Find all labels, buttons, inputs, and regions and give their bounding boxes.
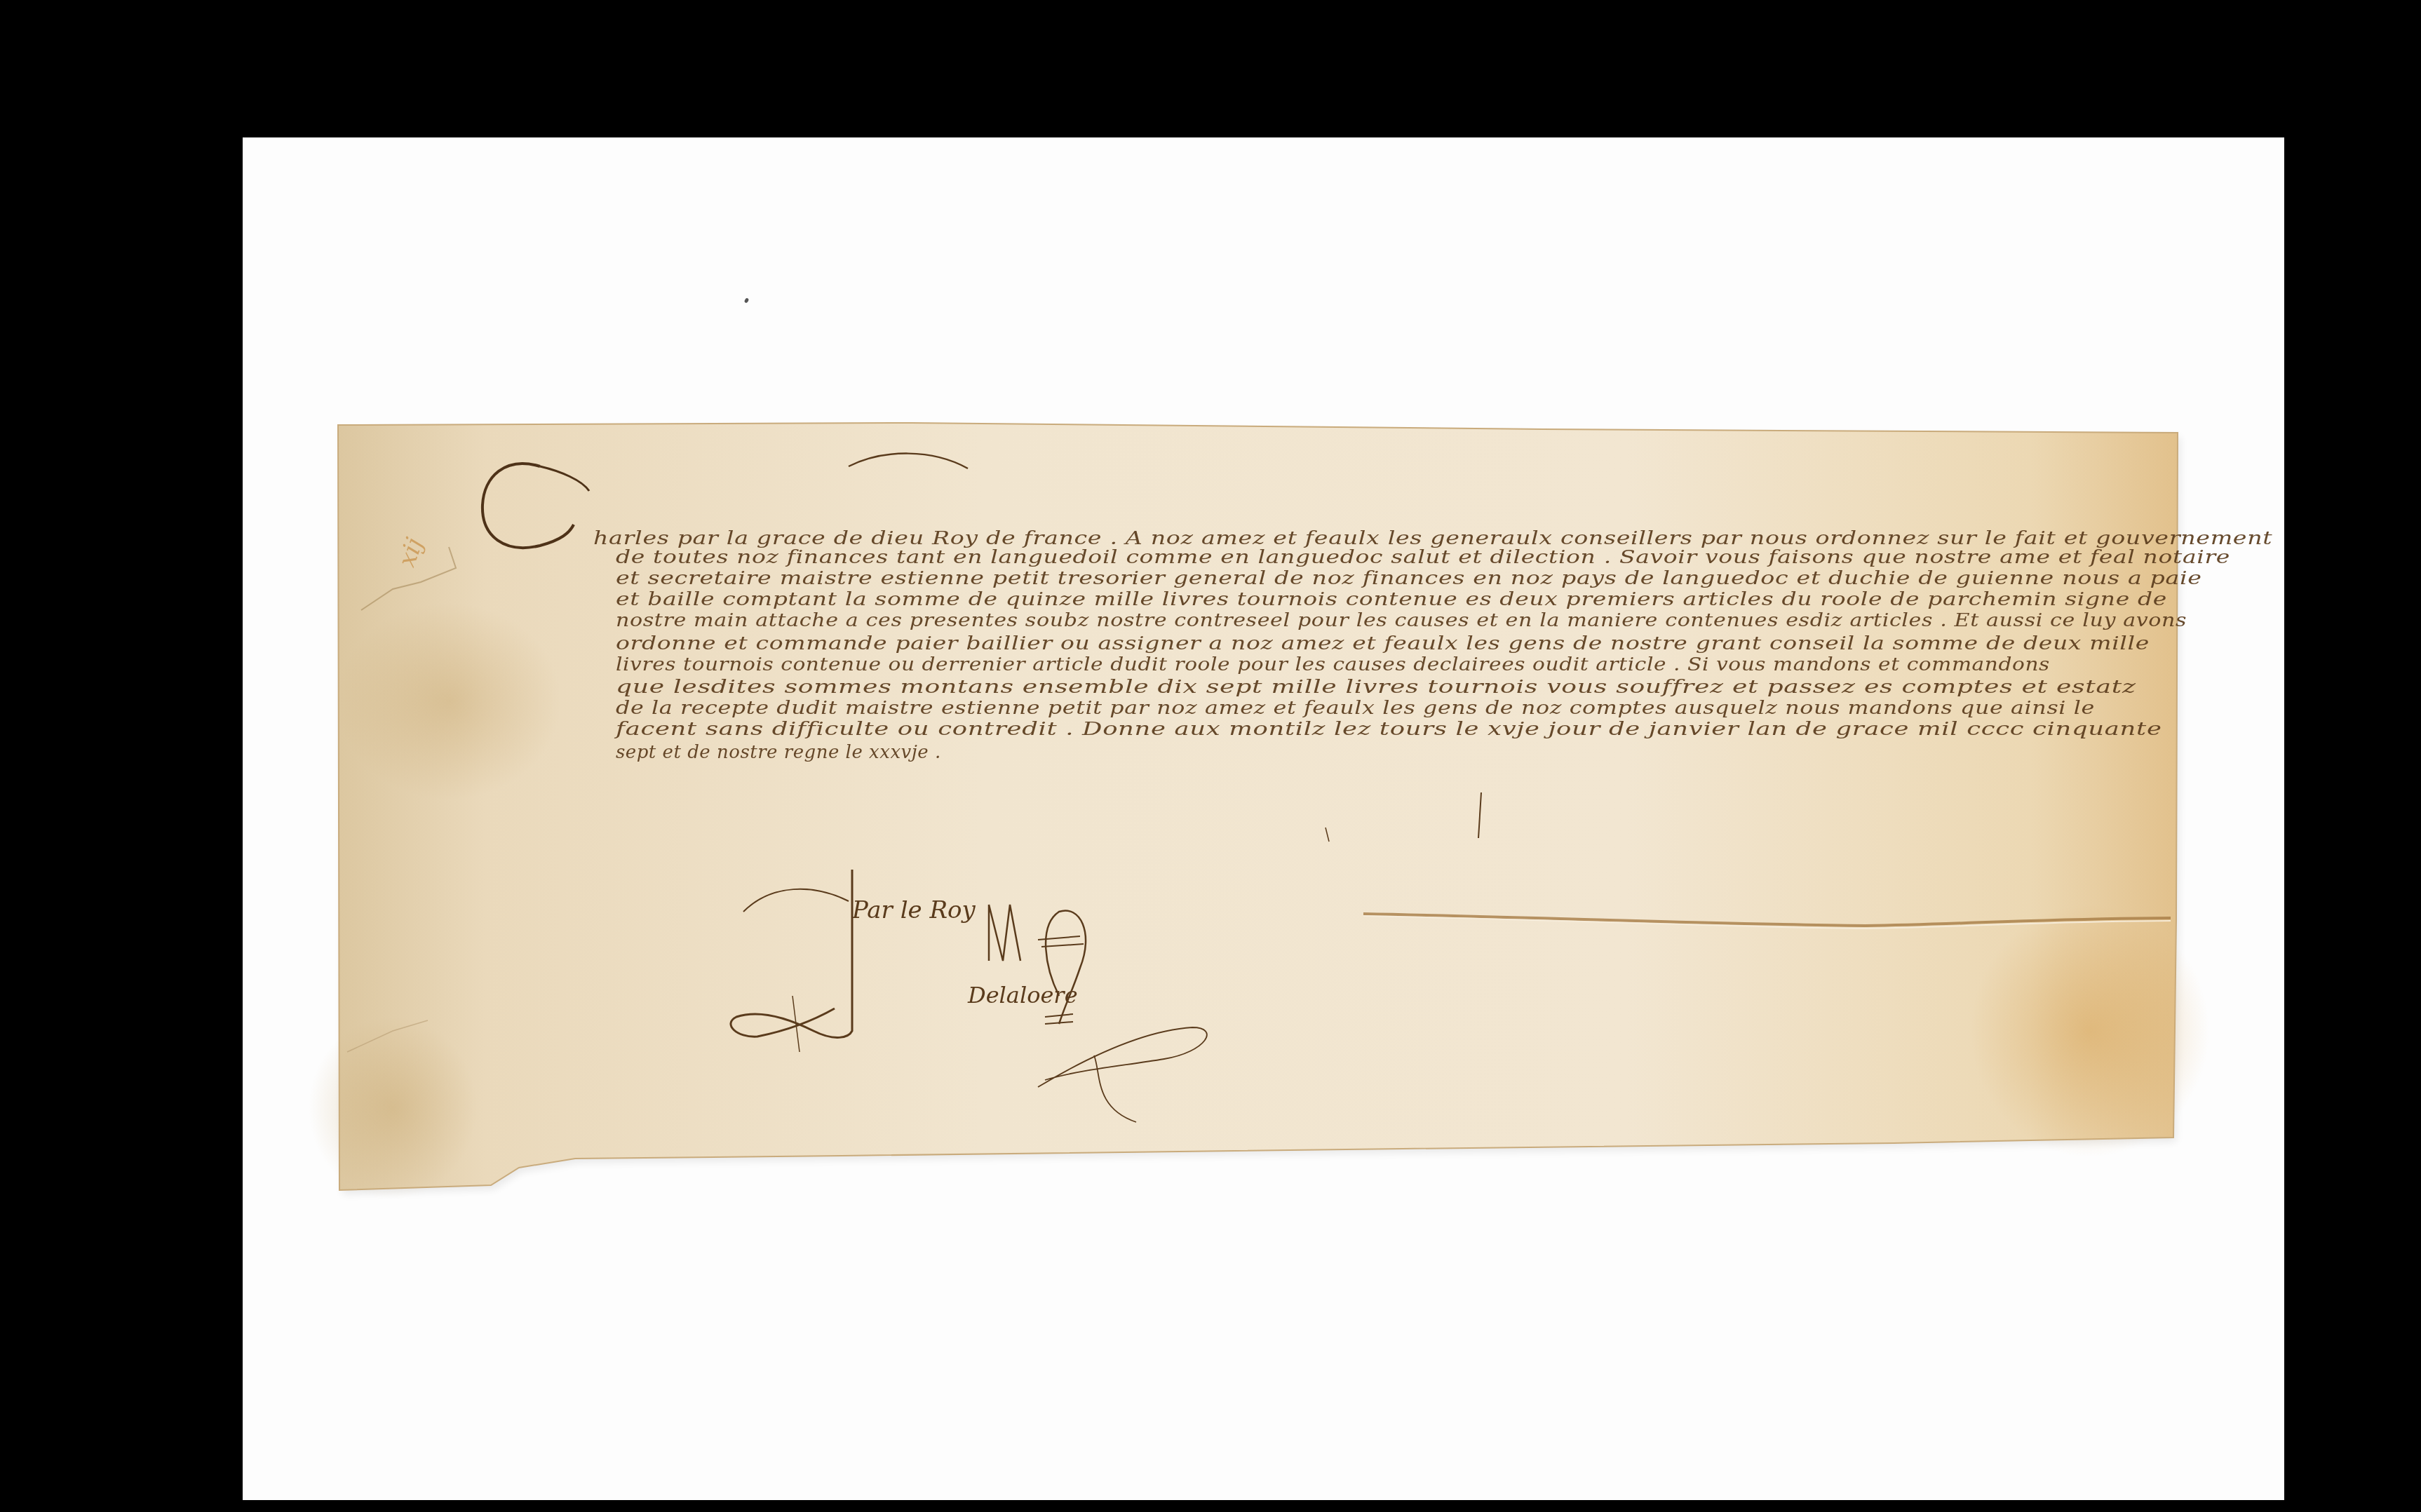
text-line-3: et secretaire maistre estienne petit tre… (616, 568, 2202, 589)
text-line-6: ordonne et commande paier baillier ou as… (616, 633, 2150, 654)
signature-secretary: Delaloere (968, 982, 1078, 1008)
text-line-2: de toutes noz finances tant en languedoi… (616, 547, 2230, 568)
text-line-5: nostre main attache a ces presentes soub… (616, 610, 2187, 631)
text-line-9: de la recepte dudit maistre estienne pet… (616, 698, 2095, 719)
text-line-11: sept et de nostre regne le xxxvje . (616, 742, 941, 763)
text-line-8: que lesdites sommes montans ensemble dix… (616, 677, 2136, 698)
text-line-4: et baille comptant la somme de quinze mi… (616, 589, 2167, 610)
signature-par-le-roy: Par le Roy (852, 896, 976, 924)
text-line-10: facent sans difficulte ou contredit . Do… (616, 719, 2162, 740)
text-line-1: harles par la grace de dieu Roy de franc… (593, 528, 2272, 549)
text-line-7: livres tournois contenue ou derrenier ar… (616, 654, 2050, 675)
parchment-sheet (0, 0, 2421, 1512)
parchment-document: xij harles par la grace de dieu Roy de f… (0, 0, 2421, 1512)
